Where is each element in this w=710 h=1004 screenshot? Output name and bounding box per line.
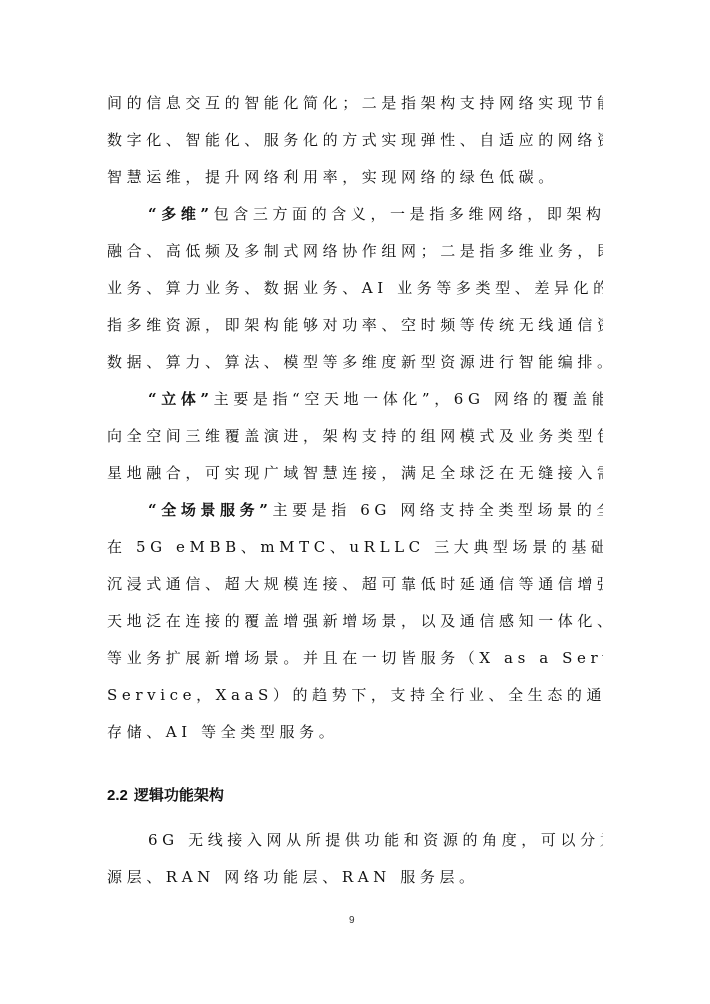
text-line: 向全空间三维覆盖演进，架构支持的组网模式及业务类型包含空地融合和: [107, 418, 603, 455]
text-line: “立体”主要是指“空天地一体化”，6G 网络的覆盖能力从地面二维: [107, 381, 603, 418]
text-line-content: 包含三方面的含义，一是指多维网络，即架构支持异构多网: [214, 205, 603, 223]
text-line: 在 5G eMBB、mMTC、uRLLC 三大典型场景的基础上，架构进一步支持: [107, 529, 603, 566]
document-page: 间的信息交互的智能化简化；二是指架构支持网络实现节能减排，即通过 数字化、智能化…: [0, 0, 710, 1004]
text-line: 间的信息交互的智能化简化；二是指架构支持网络实现节能减排，即通过: [107, 85, 603, 122]
page-number: 9: [349, 915, 355, 926]
text-line: 存储、AI 等全类型服务。: [107, 714, 603, 751]
section-number: 2.2: [107, 787, 128, 804]
text-line: “全场景服务”主要是指 6G 网络支持全类型场景的全类型服务，即: [107, 492, 603, 529]
term-three-dimensional: “立体”: [148, 390, 214, 408]
text-line: 数字化、智能化、服务化的方式实现弹性、自适应的网络资源智能管理和: [107, 122, 603, 159]
term-full-scenario-service: “全场景服务”: [148, 501, 272, 519]
section-heading: 2.2逻辑功能架构: [107, 783, 224, 808]
paragraph-three-dimensional: “立体”主要是指“空天地一体化”，6G 网络的覆盖能力从地面二维 向全空间三维覆…: [107, 381, 603, 492]
text-line: 6G 无线接入网从所提供功能和资源的角度，可以分为三层：RAN 资: [107, 822, 603, 859]
text-line-content: 主要是指 6G 网络支持全类型场景的全类型服务，即: [272, 501, 603, 519]
text-line: 源层、RAN 网络功能层、RAN 服务层。: [107, 859, 603, 896]
text-line: 数据、算力、算法、模型等多维度新型资源进行智能编排。: [107, 344, 603, 381]
text-line: 天地泛在连接的覆盖增强新增场景，以及通信感知一体化、通信 AI 一体化: [107, 603, 603, 640]
text-line-content: 主要是指“空天地一体化”，6G 网络的覆盖能力从地面二维: [214, 390, 603, 408]
text-line: 指多维资源，即架构能够对功率、空时频等传统无线通信资源以及存储、: [107, 307, 603, 344]
text-line: 融合、高低频及多制式网络协作组网；二是指多维业务，即架构支持连接: [107, 233, 603, 270]
text-line: 业务、算力业务、数据业务、AI 业务等多类型、差异化的用户业务；三是: [107, 270, 603, 307]
text-line: 等业务扩展新增场景。并且在一切皆服务（X as a Service/Everyt…: [107, 640, 603, 677]
text-line: 智慧运维，提升网络利用率，实现网络的绿色低碳。: [107, 159, 603, 196]
text-line: “多维”包含三方面的含义，一是指多维网络，即架构支持异构多网: [107, 196, 603, 233]
section-title: 逻辑功能架构: [134, 786, 224, 804]
paragraph-green-efficiency: 间的信息交互的智能化简化；二是指架构支持网络实现节能减排，即通过 数字化、智能化…: [107, 85, 603, 196]
paragraph-full-scenario-service: “全场景服务”主要是指 6G 网络支持全类型场景的全类型服务，即 在 5G eM…: [107, 492, 603, 751]
text-line: Service，XaaS）的趋势下，支持全行业、全生态的通信、计算、数据、: [107, 677, 603, 714]
term-multi-dimension: “多维”: [148, 205, 214, 223]
text-line: 沉浸式通信、超大规模连接、超可靠低时延通信等通信增强扩展场景，空: [107, 566, 603, 603]
text-line: 星地融合，可实现广域智慧连接，满足全球泛在无缝接入需求。: [107, 455, 603, 492]
paragraph-multi-dimension: “多维”包含三方面的含义，一是指多维网络，即架构支持异构多网 融合、高低频及多制…: [107, 196, 603, 381]
paragraph-ran-layers: 6G 无线接入网从所提供功能和资源的角度，可以分为三层：RAN 资 源层、RAN…: [107, 822, 603, 896]
